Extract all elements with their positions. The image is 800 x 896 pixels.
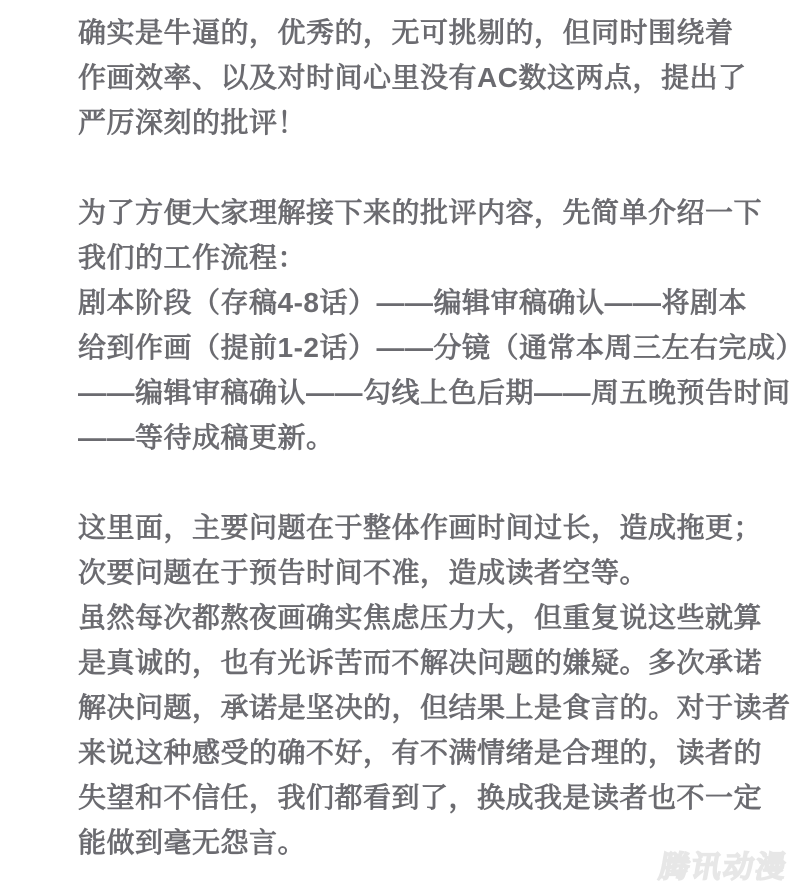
text-line: 剧本阶段（存稿4-8话）——编辑审稿确认——将剧本 <box>78 280 780 325</box>
text-line: 我们的工作流程： <box>78 235 780 280</box>
paragraph-workflow: 为了方便大家理解接下来的批评内容，先简单介绍一下 我们的工作流程： 剧本阶段（存… <box>78 190 780 460</box>
announcement-text: 确实是牛逼的，优秀的，无可挑剔的，但同时围绕着 作画效率、以及对时间心里没有AC… <box>78 10 780 865</box>
text-line: 虽然每次都熬夜画确实焦虑压力大，但重复说这些就算 <box>78 595 780 640</box>
text-line: ——编辑审稿确认——勾线上色后期——周五晚预告时间 <box>78 370 780 415</box>
announcement-page: { "page": { "background_color": "#ffffff… <box>0 0 800 896</box>
text-line: 解决问题，承诺是坚决的，但结果上是食言的。对于读者 <box>78 685 780 730</box>
text-line: 来说这种感受的确不好，有不满情绪是合理的，读者的 <box>78 730 780 775</box>
text-line: 这里面，主要问题在于整体作画时间过长，造成拖更； <box>78 505 780 550</box>
text-line: ——等待成稿更新。 <box>78 415 780 460</box>
paragraph-criticism-intro: 确实是牛逼的，优秀的，无可挑剔的，但同时围绕着 作画效率、以及对时间心里没有AC… <box>78 10 780 145</box>
text-line: 为了方便大家理解接下来的批评内容，先简单介绍一下 <box>78 190 780 235</box>
text-line: 是真诚的，也有光诉苦而不解决问题的嫌疑。多次承诺 <box>78 640 780 685</box>
text-line: 给到作画（提前1-2话）——分镜（通常本周三左右完成） <box>78 325 780 370</box>
text-line: 次要问题在于预告时间不准，造成读者空等。 <box>78 550 780 595</box>
paragraph-problems: 这里面，主要问题在于整体作画时间过长，造成拖更； 次要问题在于预告时间不准，造成… <box>78 505 780 865</box>
text-line: 严厉深刻的批评！ <box>78 100 780 145</box>
tencent-comics-watermark: 腾讯动漫 <box>656 842 792 886</box>
text-line: 失望和不信任，我们都看到了，换成我是读者也不一定 <box>78 775 780 820</box>
text-line: 确实是牛逼的，优秀的，无可挑剔的，但同时围绕着 <box>78 10 780 55</box>
text-line: 作画效率、以及对时间心里没有AC数这两点，提出了 <box>78 55 780 100</box>
